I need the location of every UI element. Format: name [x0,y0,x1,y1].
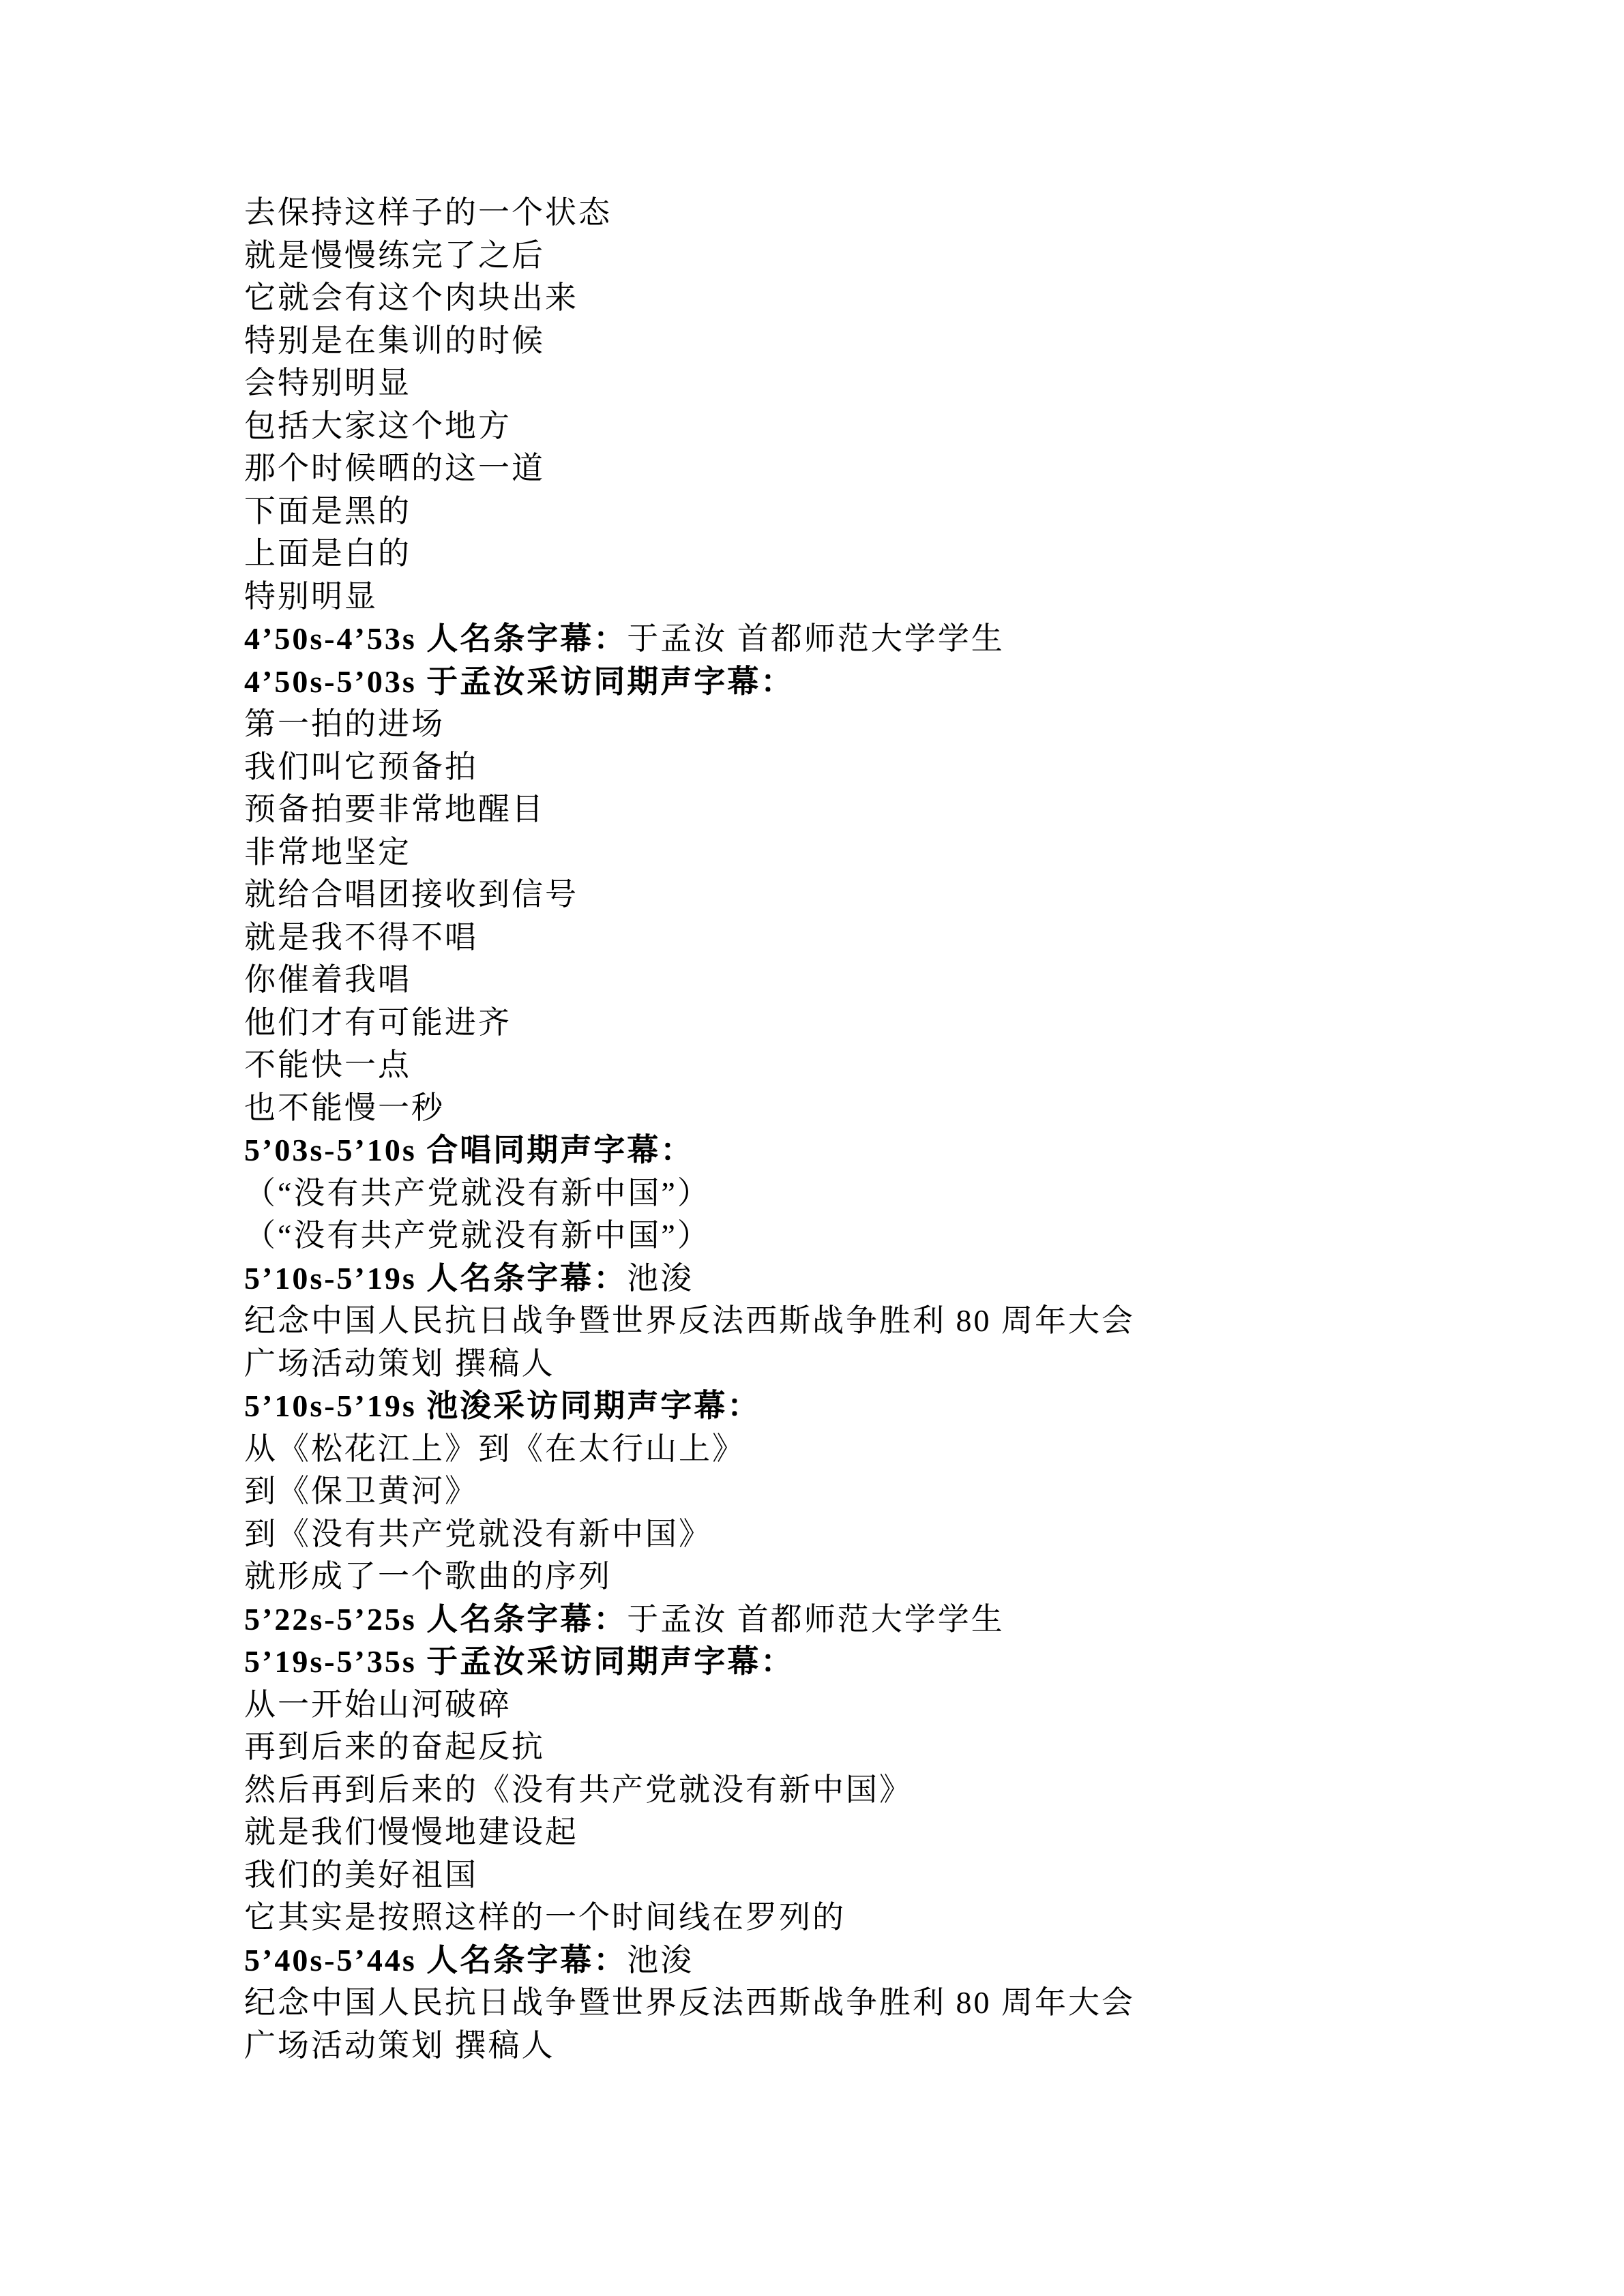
line-text: 广场活动策划 撰稿人 [244,1346,555,1381]
script-text-line: 我们的美好祖国 [244,1854,1472,1897]
script-text-line: 非常地坚定 [244,831,1472,874]
line-text: 预备拍要非常地醒目 [244,792,545,826]
script-text-line: 再到后来的奋起反抗 [244,1726,1472,1769]
script-text-line: 下面是黑的 [244,490,1472,533]
timestamp-caption-label: 5’03s-5’10s 合唱同期声字幕： [244,1133,694,1167]
line-text: 去保持这样子的一个状态 [244,195,612,230]
script-text-line: 那个时候晒的这一道 [244,447,1472,490]
script-heading-line: 4’50s-4’53s 人名条字幕：于孟汝 首都师范大学学生 [244,618,1472,661]
script-text-line: 也不能慢一秒 [244,1087,1472,1130]
script-text-line: 就给合唱团接收到信号 [244,874,1472,916]
script-heading-line: 5’19s-5’35s 于孟汝采访同期声字幕： [244,1641,1472,1684]
line-text: 特别是在集训的时候 [244,323,545,358]
script-text-line: 到《保卫黄河》 [244,1470,1472,1513]
line-text: 你催着我唱 [244,962,411,997]
line-text: 就是我们慢慢地建设起 [244,1815,578,1849]
line-text: （“没有共产党就没有新中国”） [244,1176,711,1210]
script-heading-line: 5’22s-5’25s 人名条字幕：于孟汝 首都师范大学学生 [244,1598,1472,1641]
timestamp-caption-label: 5’40s-5’44s 人名条字幕： [244,1943,627,1978]
line-text: 于孟汝 首都师范大学学生 [627,1602,1005,1637]
script-text-line: 预备拍要非常地醒目 [244,788,1472,831]
line-text: 他们才有可能进齐 [244,1005,512,1040]
script-text-line: 他们才有可能进齐 [244,1002,1472,1045]
line-text: 上面是白的 [244,536,411,571]
script-text-line: 到《没有共产党就没有新中国》 [244,1513,1472,1556]
line-text: 到《没有共产党就没有新中国》 [244,1517,712,1551]
line-text: 就形成了一个歌曲的序列 [244,1559,612,1594]
script-heading-line: 5’03s-5’10s 合唱同期声字幕： [244,1129,1472,1172]
line-text: 然后再到后来的《没有共产党就没有新中国》 [244,1772,913,1807]
line-text: 就是我不得不唱 [244,920,478,955]
script-text-line: 从一开始山河破碎 [244,1684,1472,1727]
script-text-line: 上面是白的 [244,533,1472,576]
line-text: 纪念中国人民抗日战争暨世界反法西斯战争胜利 80 周年大会 [244,1985,1135,2020]
script-text-line: 纪念中国人民抗日战争暨世界反法西斯战争胜利 80 周年大会 [244,1300,1472,1343]
line-text: 也不能慢一秒 [244,1090,445,1125]
line-text: 会特别明显 [244,366,411,400]
script-text-line: 就是慢慢练完了之后 [244,235,1472,278]
script-text-line: 特别明显 [244,576,1472,618]
line-text: 那个时候晒的这一道 [244,451,545,486]
line-text: 池浚 [627,1261,694,1296]
document-body: 去保持这样子的一个状态就是慢慢练完了之后它就会有这个肉块出来特别是在集训的时候会… [244,192,1472,2067]
line-text: 于孟汝 首都师范大学学生 [627,621,1005,656]
line-text: 我们的美好祖国 [244,1858,478,1892]
timestamp-caption-label: 5’19s-5’35s 于孟汝采访同期声字幕： [244,1644,794,1679]
line-text: 就给合唱团接收到信号 [244,877,578,912]
line-text: 到《保卫黄河》 [244,1474,478,1508]
script-text-line: 就是我们慢慢地建设起 [244,1811,1472,1854]
script-text-line: 第一拍的进场 [244,703,1472,746]
line-text: （“没有共产党就没有新中国”） [244,1218,711,1253]
line-text: 就是慢慢练完了之后 [244,238,545,273]
timestamp-caption-label: 4’50s-4’53s 人名条字幕： [244,621,627,656]
line-text: 从一开始山河破碎 [244,1687,512,1722]
script-text-line: 包括大家这个地方 [244,405,1472,448]
script-text-line: 从《松花江上》到《在太行山上》 [244,1428,1472,1471]
script-text-line: 纪念中国人民抗日战争暨世界反法西斯战争胜利 80 周年大会 [244,1982,1472,2025]
timestamp-caption-label: 5’22s-5’25s 人名条字幕： [244,1602,627,1637]
script-heading-line: 5’40s-5’44s 人名条字幕：池浚 [244,1939,1472,1982]
script-text-line: （“没有共产党就没有新中国”） [244,1214,1472,1257]
line-text: 它其实是按照这样的一个时间线在罗列的 [244,1900,846,1935]
script-heading-line: 4’50s-5’03s 于孟汝采访同期声字幕： [244,661,1472,704]
script-text-line: 就形成了一个歌曲的序列 [244,1555,1472,1598]
script-text-line: 它其实是按照这样的一个时间线在罗列的 [244,1896,1472,1939]
script-text-line: 然后再到后来的《没有共产党就没有新中国》 [244,1769,1472,1812]
line-text: 第一拍的进场 [244,706,445,741]
script-heading-line: 5’10s-5’19s 池浚采访同期声字幕： [244,1385,1472,1428]
timestamp-caption-label: 5’10s-5’19s 池浚采访同期声字幕： [244,1388,761,1423]
script-text-line: 你催着我唱 [244,959,1472,1002]
script-text-line: 广场活动策划 撰稿人 [244,1343,1472,1386]
script-text-line: （“没有共产党就没有新中国”） [244,1172,1472,1215]
timestamp-caption-label: 5’10s-5’19s 人名条字幕： [244,1261,627,1296]
line-text: 特别明显 [244,579,378,614]
script-text-line: 就是我不得不唱 [244,916,1472,959]
timestamp-caption-label: 4’50s-5’03s 于孟汝采访同期声字幕： [244,664,794,699]
line-text: 池浚 [627,1943,694,1978]
script-heading-line: 5’10s-5’19s 人名条字幕：池浚 [244,1257,1472,1300]
line-text: 广场活动策划 撰稿人 [244,2028,555,2063]
script-text-line: 我们叫它预备拍 [244,746,1472,789]
line-text: 下面是黑的 [244,494,411,528]
page: 去保持这样子的一个状态就是慢慢练完了之后它就会有这个肉块出来特别是在集训的时候会… [0,0,1624,2296]
line-text: 它就会有这个肉块出来 [244,280,578,315]
script-text-line: 特别是在集训的时候 [244,320,1472,363]
line-text: 从《松花江上》到《在太行山上》 [244,1431,745,1466]
line-text: 我们叫它预备拍 [244,749,478,784]
line-text: 纪念中国人民抗日战争暨世界反法西斯战争胜利 80 周年大会 [244,1303,1135,1338]
script-text-line: 广场活动策划 撰稿人 [244,2025,1472,2068]
script-text-line: 不能快一点 [244,1044,1472,1087]
line-text: 不能快一点 [244,1047,411,1082]
script-text-line: 它就会有这个肉块出来 [244,277,1472,320]
line-text: 非常地坚定 [244,835,411,869]
script-text-line: 会特别明显 [244,362,1472,405]
line-text: 再到后来的奋起反抗 [244,1729,545,1764]
line-text: 包括大家这个地方 [244,408,512,443]
script-text-line: 去保持这样子的一个状态 [244,192,1472,235]
